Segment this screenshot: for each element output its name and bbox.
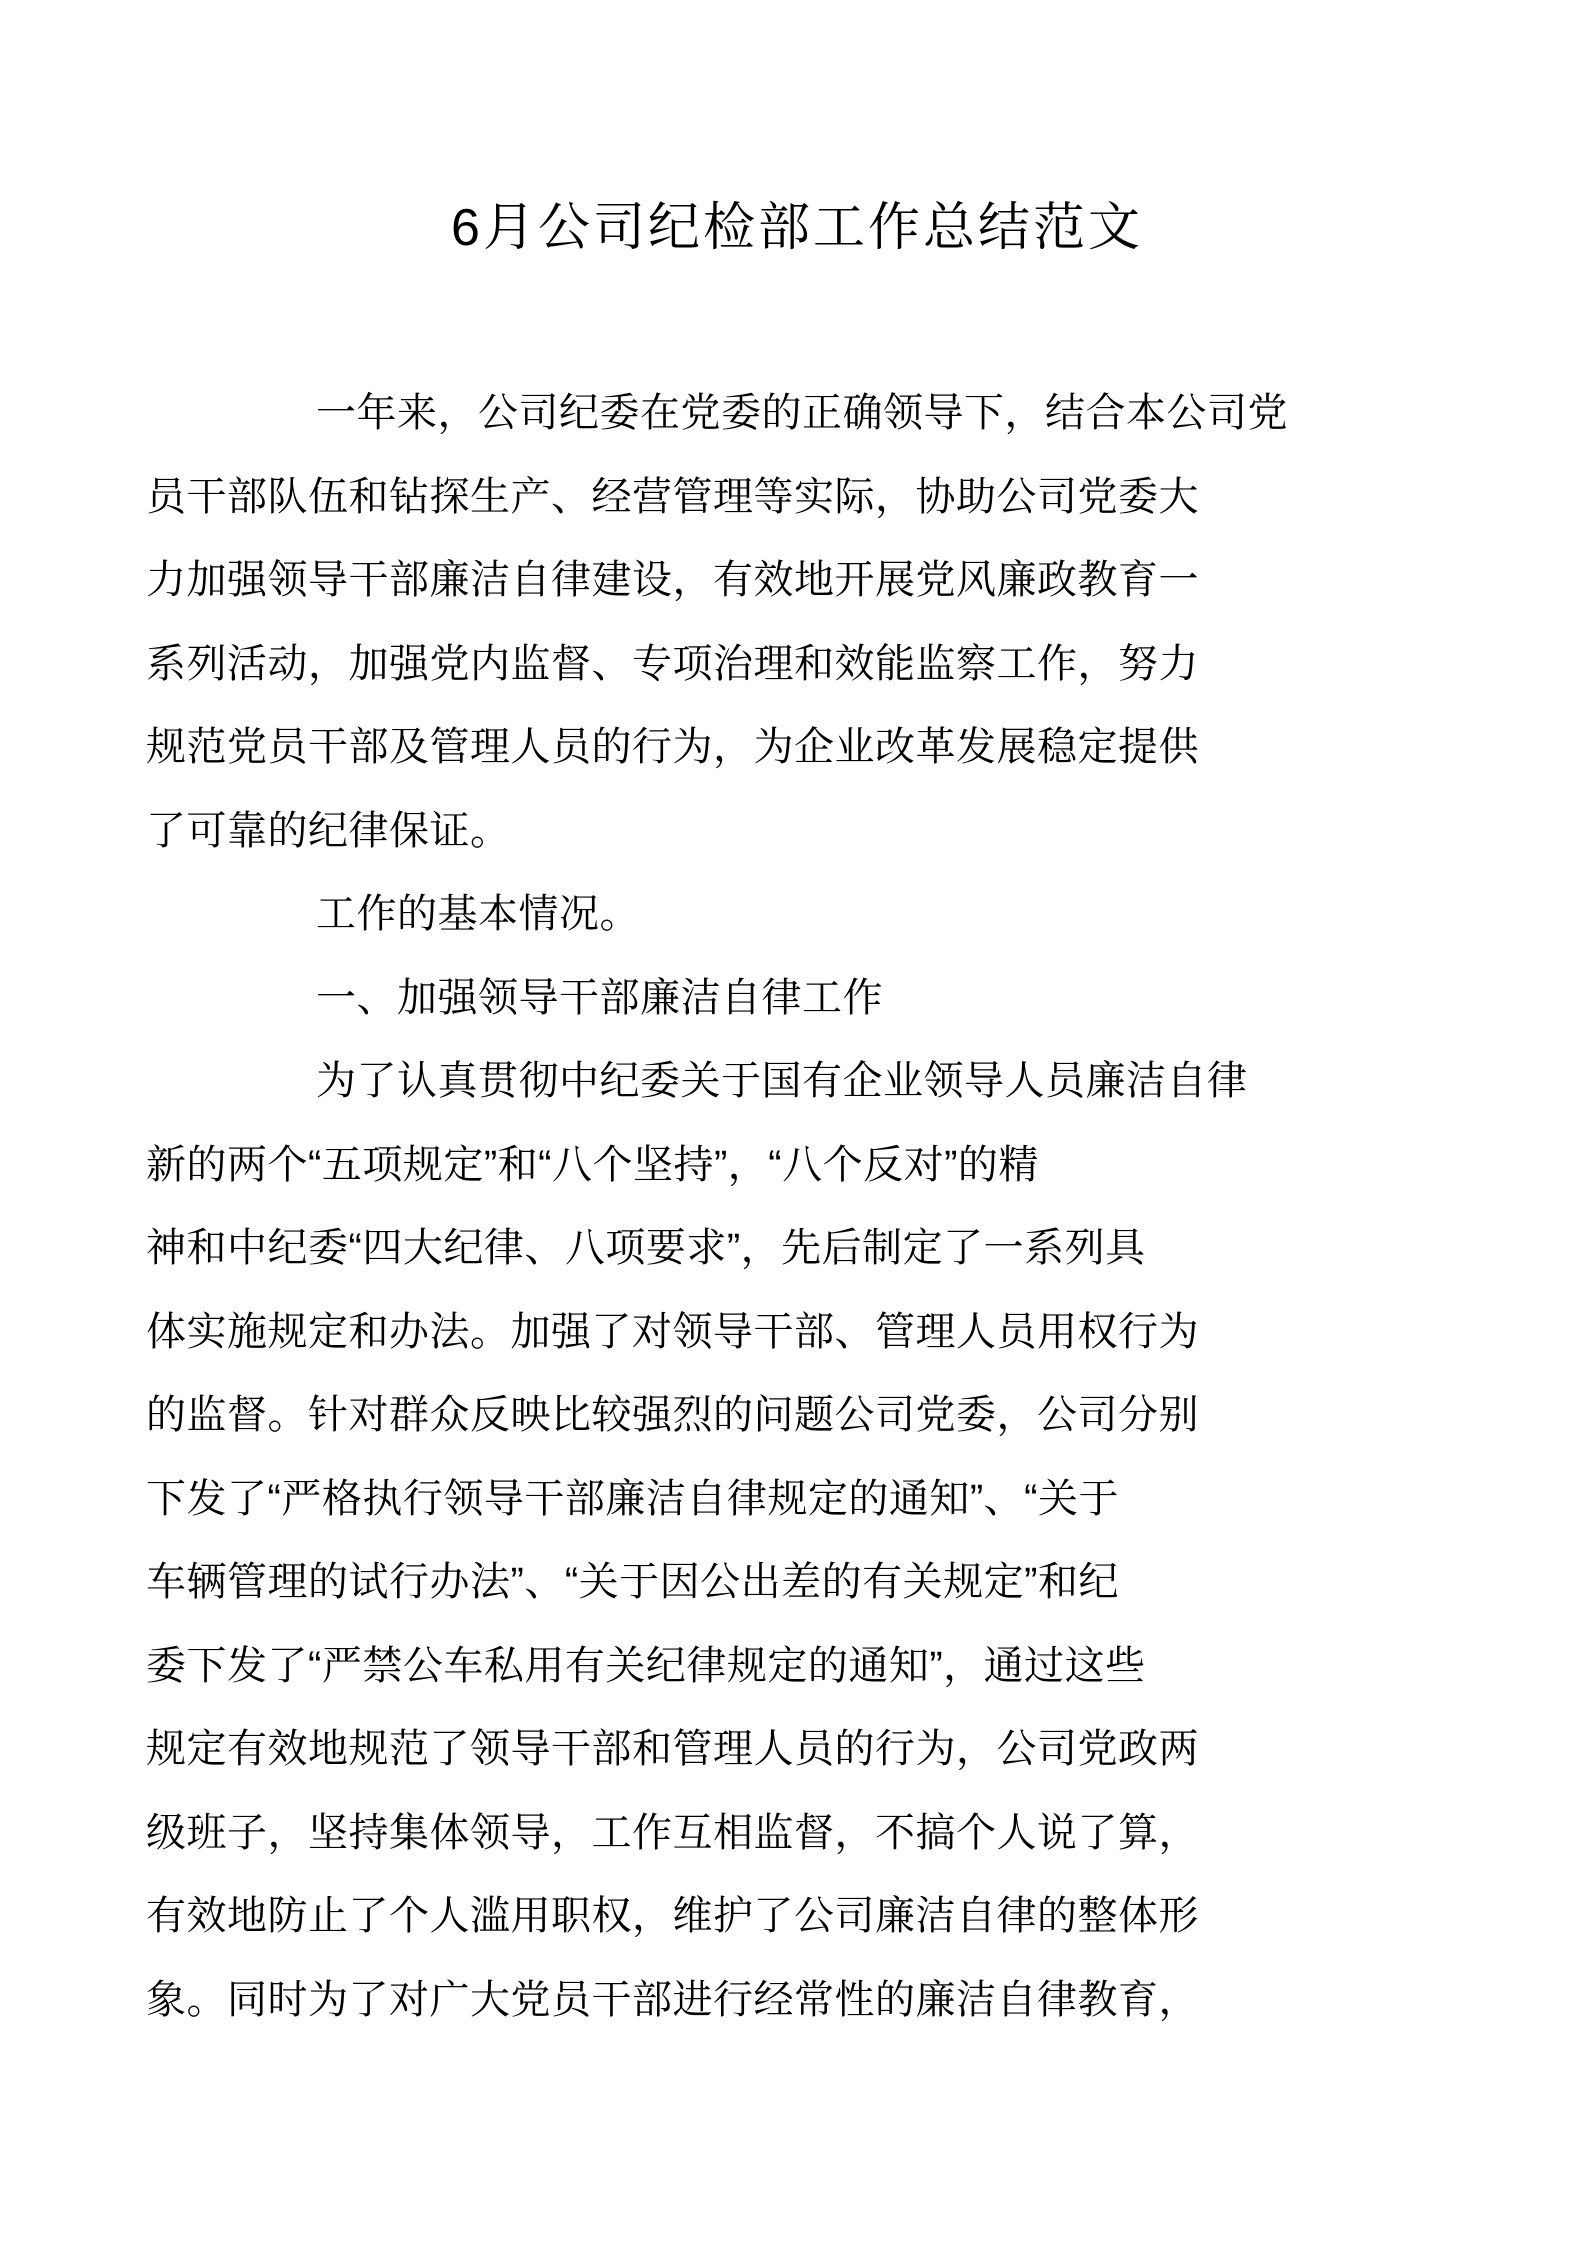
document-body: 一年来，公司纪委在党委的正确领导下，结合本公司党 员干部队伍和钻探生产、经营管理… [146, 372, 1246, 2042]
text-line: 系列活动，加强党内监督、专项治理和效能监察工作，努力 [146, 623, 1246, 707]
text-line: 体实施规定和办法。加强了对领导干部、管理人员用权行为 [146, 1291, 1246, 1375]
paragraph: 工作的基本情况。 [146, 873, 1246, 957]
text-line: 神和中纪委“四大纪律、八项要求”，先后制定了一系列具 [146, 1207, 1246, 1291]
text-line: 有效地防止了个人滥用职权，维护了公司廉洁自律的整体形 [146, 1875, 1246, 1959]
paragraph: 为了认真贯彻中纪委关于国有企业领导人员廉洁自律 新的两个“五项规定”和“八个坚持… [146, 1040, 1246, 2042]
text-line: 委下发了“严禁公车私用有关纪律规定的通知”，通过这些 [146, 1625, 1246, 1709]
text-line: 级班子，坚持集体领导，工作互相监督，不搞个人说了算， [146, 1792, 1246, 1876]
text-line: 工作的基本情况。 [146, 873, 1246, 957]
document-title: 6月公司纪检部工作总结范文 [0, 196, 1594, 260]
paragraph: 一年来，公司纪委在党委的正确领导下，结合本公司党 员干部队伍和钻探生产、经营管理… [146, 372, 1246, 873]
text-line: 新的两个“五项规定”和“八个坚持”，“八个反对”的精 [146, 1124, 1246, 1208]
text-line: 了可靠的纪律保证。 [146, 790, 1246, 874]
text-line: 规定有效地规范了领导干部和管理人员的行为，公司党政两 [146, 1708, 1246, 1792]
text-line: 员干部队伍和钻探生产、经营管理等实际，协助公司党委大 [146, 456, 1246, 540]
text-line: 下发了“严格执行领导干部廉洁自律规定的通知”、“关于 [146, 1458, 1246, 1542]
text-line: 的监督。针对群众反映比较强烈的问题公司党委，公司分别 [146, 1374, 1246, 1458]
document-page: 6月公司纪检部工作总结范文 一年来，公司纪委在党委的正确领导下，结合本公司党 员… [0, 0, 1594, 2256]
text-line: 一年来，公司纪委在党委的正确领导下，结合本公司党 [146, 372, 1246, 456]
text-line: 一、加强领导干部廉洁自律工作 [146, 957, 1246, 1041]
text-line: 规范党员干部及管理人员的行为，为企业改革发展稳定提供 [146, 706, 1246, 790]
text-line: 为了认真贯彻中纪委关于国有企业领导人员廉洁自律 [146, 1040, 1246, 1124]
paragraph: 一、加强领导干部廉洁自律工作 [146, 957, 1246, 1041]
text-line: 力加强领导干部廉洁自律建设，有效地开展党风廉政教育一 [146, 539, 1246, 623]
text-line: 车辆管理的试行办法”、“关于因公出差的有关规定”和纪 [146, 1541, 1246, 1625]
text-line: 象。同时为了对广大党员干部进行经常性的廉洁自律教育， [146, 1959, 1246, 2043]
